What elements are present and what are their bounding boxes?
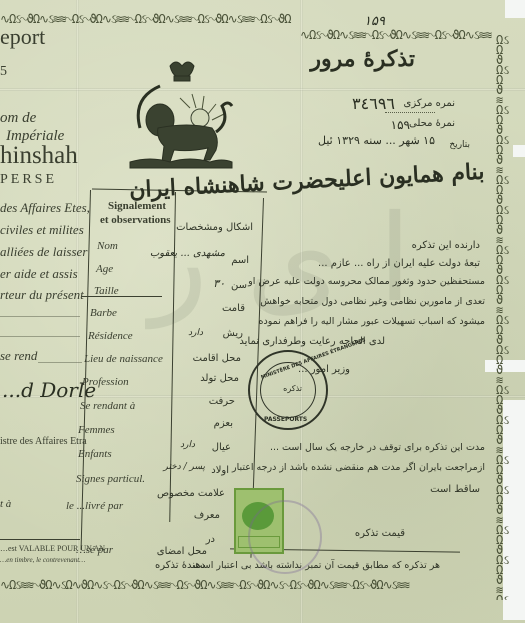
field-label-lieu: Lieu de naissance	[84, 353, 163, 365]
validity-line: ازمراجعت بایران اگر مدت هم منقضی نشده با…	[232, 462, 485, 473]
lion-and-sun-emblem	[118, 58, 248, 176]
french-line: des Affaires Etes,	[0, 200, 90, 216]
seal-inner-text: تذکره	[283, 384, 302, 393]
serial-number-top: ۱۵۹	[364, 14, 385, 29]
field-label-enfants: Enfants	[78, 448, 112, 460]
body-line: میشود که اسباب تسهیلات عبور مشار الیه را…	[259, 316, 485, 327]
persian-label: علامت مخصوص	[157, 488, 225, 499]
field-label-nom: Nom	[97, 240, 118, 252]
handwritten-children: پسر / دختر	[163, 462, 205, 472]
french-note: …en timbre, le contrevenant…	[0, 556, 85, 564]
french-line: er aide et assis	[0, 266, 78, 282]
field-label-signes: Signes particul.	[76, 473, 145, 485]
handwritten-name: مشهدی ... یعقوب	[150, 248, 225, 259]
header-line: om de	[0, 110, 36, 127]
handwritten-beard: دارد	[188, 328, 203, 338]
persian-label: معرف	[194, 510, 220, 521]
persian-label: محل اقامت	[193, 353, 241, 364]
french-delivre: le ...livré par	[66, 500, 123, 512]
field-label-profession: Profession	[82, 376, 129, 388]
passport-document: ا ی ر ∿Ωઽ∿ϑΩ∿ઽ≋≋∿Ωઽ∿ϑΩ∿ઽ≋≋∿Ωઽ∿ϑΩ∿ઽ≋≋∿Ωઽ∿…	[0, 0, 525, 623]
field-underline	[385, 112, 435, 113]
handwritten-women: دارد	[180, 440, 195, 450]
body-line: تعدی از مامورین نظامی وغیر نظامی دول متح…	[260, 296, 485, 307]
french-se-rend: se rend	[0, 348, 37, 364]
french-line: alliées de laisser	[0, 244, 87, 260]
heading-mark: 5	[0, 64, 7, 80]
local-number-label: نمرهٔ محلی	[409, 118, 455, 129]
field-label-age: Age	[96, 263, 113, 275]
persian-table-header: اشکال ومشخصات	[176, 222, 253, 233]
persian-label: سن	[231, 280, 247, 291]
footer-note: هر تذکره که مطابق قیمت آن تمبر نداشته با…	[193, 560, 440, 571]
validity-line: مدت این تذکره برای توقف در خارجه یک سال …	[270, 442, 485, 453]
field-label-taille: Taille	[94, 285, 119, 297]
ornamental-border-right: ΩઽΩϑΩઽΩϑ≋ΩઽΩϑΩઽΩϑ≋ΩઽΩϑΩઽΩϑ≋ΩઽΩϑΩઽΩϑ≋ΩઽΩϑ…	[496, 35, 510, 600]
paper-tear	[505, 0, 525, 18]
central-number-label: نمره مرکزی	[404, 98, 455, 109]
body-line: مستحفظین حدود وثغور ممالک محروسه دولت عل…	[248, 276, 485, 287]
fold-line	[76, 0, 79, 623]
date-label: بتاریخ	[449, 140, 470, 150]
header-title: hinshah	[0, 142, 78, 170]
date-value: ۱۵ شهر ... سنه ۱۳۲۹ ئیل	[318, 134, 435, 147]
field-label-se-rendant: Se rendant à	[80, 400, 135, 412]
ministry-seal: MINISTÈRE DES AFFAIRES ÉTRANGÈRES PASSEP…	[248, 350, 328, 430]
header-country: PERSE	[0, 172, 57, 188]
persian-label: اسم	[231, 255, 249, 266]
persian-label: اولاد	[211, 465, 229, 476]
passport-heading: eport	[0, 24, 45, 50]
blank-line	[38, 362, 82, 363]
fold-line	[0, 88, 525, 91]
french-line: civiles et milites	[0, 222, 84, 238]
body-line: تبعهٔ دولت علیه ایران از راه ... عازم ..…	[318, 258, 480, 269]
french-ministre: istre des Affaires Etra	[0, 436, 87, 447]
handwritten-age: ۳۰	[213, 277, 225, 290]
seal-text: PASSEPORTS	[264, 416, 307, 423]
price-label: قیمت تذکره	[355, 528, 405, 539]
persian-label: محل امضای	[157, 546, 207, 557]
field-label-femmes: Femmes	[78, 424, 115, 436]
document-title: تذکرهٔ مرور	[310, 46, 415, 72]
blank-line	[0, 336, 80, 337]
field-label-barbe: Barbe	[90, 307, 117, 319]
divider	[0, 539, 80, 540]
french-line: rteur du présent	[0, 287, 84, 303]
persian-label: محل تولد	[200, 373, 239, 384]
cancellation-mark	[248, 500, 322, 574]
blank-line	[0, 316, 80, 317]
persian-label: حرفت	[209, 396, 235, 407]
persian-label: عیال	[212, 442, 231, 453]
persian-label: بعزم	[214, 418, 233, 429]
validity-line: ساقط است	[430, 484, 480, 495]
field-label-residence: Résidence	[88, 330, 133, 342]
central-number-value: ۳٤٦۹٦	[352, 94, 395, 113]
ornamental-border-bottom: ∿Ωઽ≋≋∿ϑΩ∿ઽΩ∿ϑΩ∿ઽ∿Ωઽ∿ϑΩ∿ઽ≋≋∿Ωઽ∿ϑΩ∿ઽ≋≋∿Ωઽ∿…	[0, 578, 505, 592]
local-number-value: ۱۵۹	[391, 118, 410, 132]
body-line: دارنده این تذکره	[412, 240, 480, 251]
persian-label: در	[206, 534, 215, 545]
ornamental-border-top: ∿Ωઽ∿ϑΩ∿ઽ≋≋∿Ωઽ∿ϑΩ∿ઽ≋≋∿Ωઽ∿ϑΩ∿ઽ≋≋	[300, 28, 515, 42]
paper-tear	[513, 145, 525, 157]
signalement-subtitle: et observations	[100, 214, 171, 226]
french-rendre: t à	[0, 498, 11, 510]
persian-label: قامت	[222, 303, 245, 314]
